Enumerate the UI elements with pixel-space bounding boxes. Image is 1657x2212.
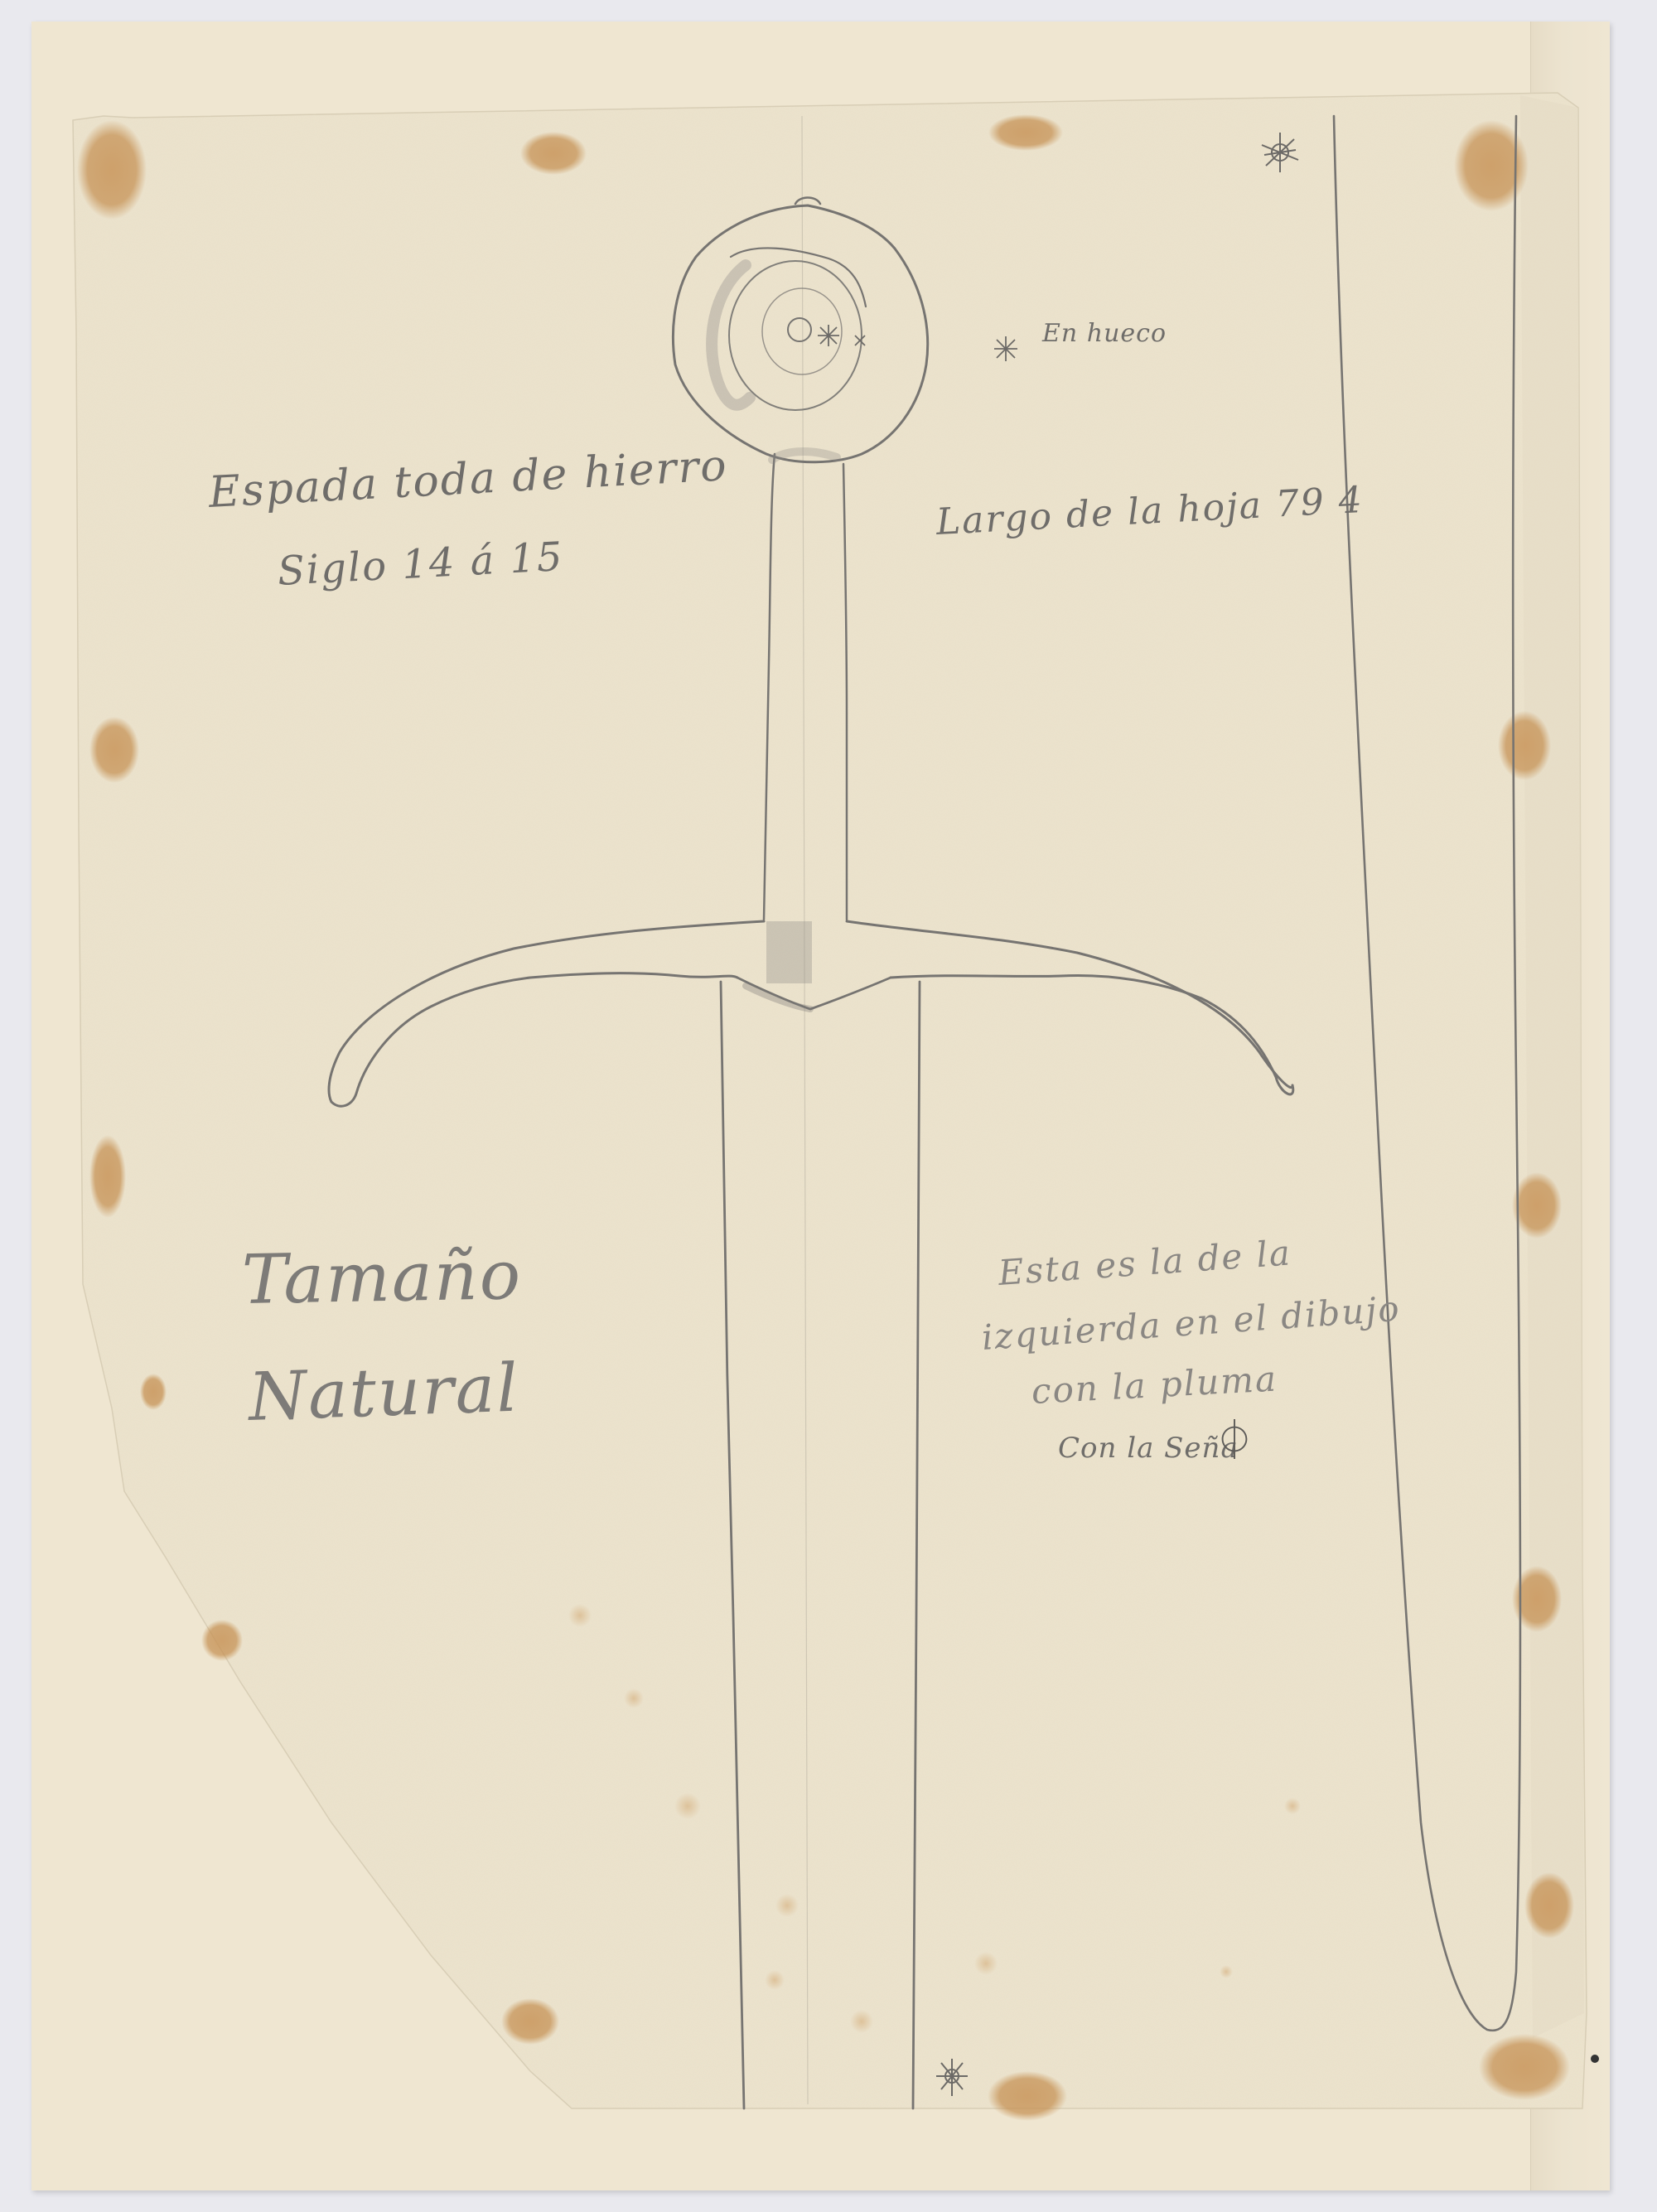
drawing-canvas	[0, 0, 1657, 2212]
annotation-size-line-1: Tamaño	[241, 1236, 523, 1320]
mark-symbol-icon: ⏀	[1215, 1408, 1254, 1466]
hollow-note-asterisk	[994, 336, 1017, 361]
annotation-note-line-4: Con la Seña	[1058, 1432, 1239, 1465]
pin-dot	[1591, 2055, 1599, 2063]
annotation-hollow: En hueco	[1042, 319, 1167, 348]
annotation-size-line-2: Natural	[247, 1350, 520, 1436]
